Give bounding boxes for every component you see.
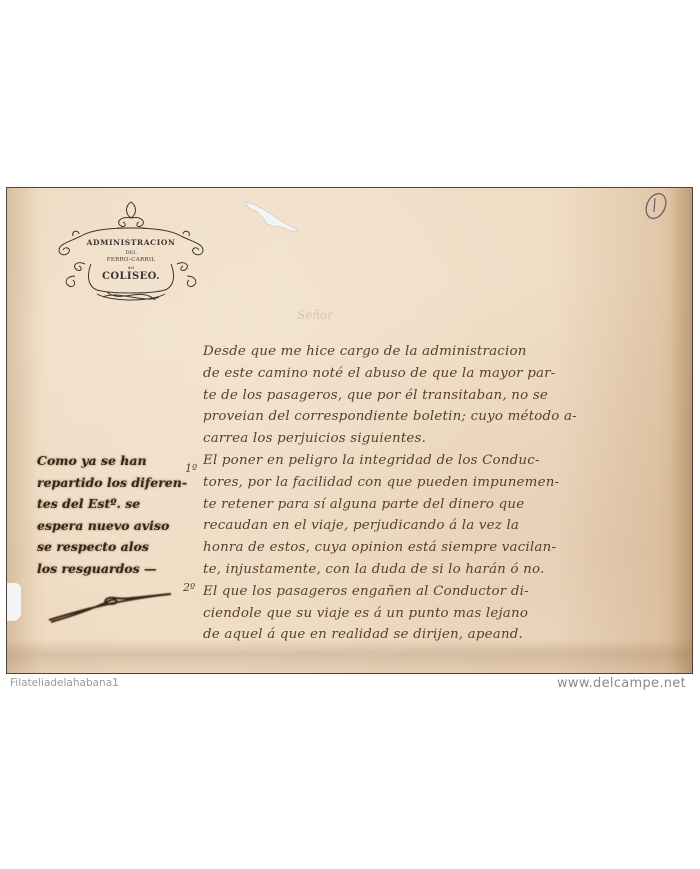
margin-note-line: repartido los diferen-	[37, 472, 212, 494]
body-line: de aquel á que en realidad se dirijen, a…	[203, 624, 693, 646]
body-line: tores, por la facilidad con que pueden i…	[203, 472, 693, 494]
letter-body: Desde que me hice cargo de la administra…	[203, 341, 693, 646]
body-line: de este camino noté el abuso de que la m…	[203, 363, 693, 385]
body-line: te, injustamente, con la duda de si lo h…	[203, 559, 693, 581]
letterhead-line-1: ADMINISTRACION	[51, 238, 211, 247]
body-line: ciendole que su viaje es á un punto mas …	[203, 603, 693, 625]
body-line: te de los pasageros, que por él transita…	[203, 385, 693, 407]
letterhead-line-4: del	[51, 265, 211, 270]
margin-note-line: Como ya se han	[37, 450, 212, 472]
body-line: El que los pasageros engañen al Conducto…	[203, 581, 693, 603]
paper-damage-left	[7, 583, 21, 621]
faint-salutation: Señor	[297, 308, 333, 322]
page-number-circle-icon	[639, 188, 673, 226]
body-line: recaudan en el viaje, perjudicando á la …	[203, 515, 693, 537]
letterhead: ADMINISTRACION DEL FERRO-CARRIL del COLI…	[51, 194, 211, 309]
body-line: Desde que me hice cargo de la administra…	[203, 341, 693, 363]
margin-note: Como ya se han repartido los diferen- te…	[37, 450, 212, 579]
body-line: El poner en peligro la integridad de los…	[203, 450, 693, 472]
signature-flourish-icon	[45, 586, 175, 626]
document-photo: ADMINISTRACION DEL FERRO-CARRIL del COLI…	[6, 187, 693, 674]
letterhead-line-2: DEL	[51, 250, 211, 256]
margin-note-line: los resguardos —	[37, 558, 212, 580]
seller-name: Filateliadelahabana1	[10, 677, 119, 689]
margin-note-line: se respecto alos	[37, 536, 212, 558]
body-line: carrea los perjuicios siguientes.	[203, 428, 693, 450]
body-line: te retener para sí alguna parte del dine…	[203, 494, 693, 516]
body-line: proveian del correspondiente boletin; cu…	[203, 406, 693, 428]
letterhead-line-5: COLISEO.	[51, 271, 211, 282]
letterhead-line-3: FERRO-CARRIL	[51, 257, 211, 263]
paper-tear-icon	[243, 200, 303, 234]
ordinal-second: 2º	[183, 581, 195, 594]
margin-note-line: espera nuevo aviso	[37, 515, 212, 537]
margin-note-line: tes del Estº. se	[37, 493, 212, 515]
site-watermark: www.delcampe.net	[557, 676, 686, 691]
body-line: honra de estos, cuya opinion está siempr…	[203, 537, 693, 559]
